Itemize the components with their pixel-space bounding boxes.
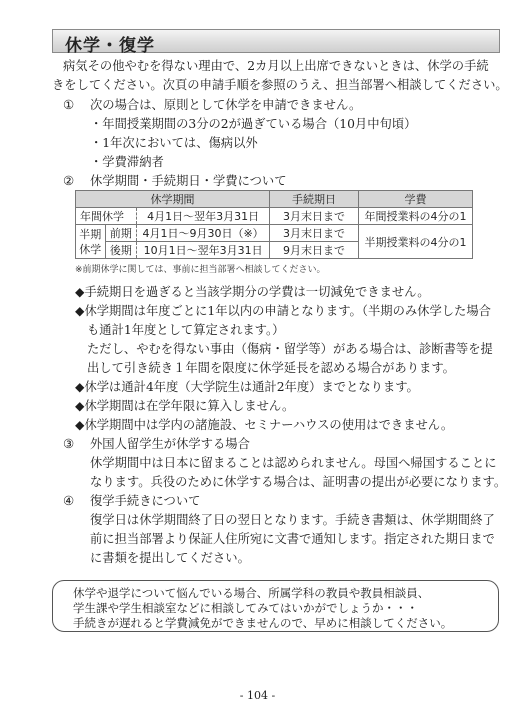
item-3-marker: ③ [63,437,74,452]
cell-fee: 年間授業料の4分の1 [359,208,473,225]
item-4-body-2: 前に担当部署より保証人住所宛に文書で通知します。指定された期日まで [90,532,495,547]
cell-period: 10月1日～翌年3月31日 [137,242,270,259]
table-footnote: ※前期休学に関しては、事前に担当部署へ相談してください。 [75,262,326,275]
item-1-marker: ① [63,98,74,113]
item-1-bullet-1: ・年間授業期間の3分の2が過ぎている場合（10月中旬頃） [90,117,416,132]
item-1-heading: 次の場合は、原則として休学を申請できません。 [90,98,361,113]
note-1: ◆手続期日を過ぎると当該学期分の学費は一切減免できません。 [75,285,430,300]
advice-line-1: 休学や退学について悩んでいる場合、所属学科の教員や教員相談員、 [73,585,429,601]
item-3-body-2: なります。兵役のために休学する場合は、証明書の提出が必要になります。 [90,475,506,490]
cell-deadline: 3月末日まで [270,208,359,225]
item-3-heading: 外国人留学生が休学する場合 [90,437,250,452]
cell-fee: 半期授業料の4分の1 [359,225,473,259]
intro-line-2: きをしてください。次頁の申請手順を参照のうえ、担当部署へ相談してください。 [52,78,508,93]
cell-sub: 後期 [105,242,137,259]
cell-period: 4月1日～9月30日（※） [137,225,270,242]
cell-sub: 前期 [105,225,137,242]
advice-line-3: 手続きが遅れると学費減免ができませんので、早めに相談してください。 [73,615,452,631]
intro-line-1: 病気その他やむを得ない理由で、2カ月以上出席できないときは、休学の手続 [63,59,489,74]
note-2-cont: も通計1年度として算定されます。） [87,323,284,338]
page-number: - 104 - [0,689,515,702]
note-2-extra-2: 出して引き続き１年間を限度に休学延長を認める場合があります。 [87,361,455,376]
header-deadline: 手続期日 [270,191,359,208]
cell-period: 4月1日～翌年3月31日 [137,208,270,225]
cell-type-half: 半期 休学 [76,225,106,259]
item-2-heading: 休学期間・手続期日・学費について [90,174,287,189]
header-fee: 学費 [359,191,473,208]
item-4-body-3: に書類を提出してください。 [90,551,250,566]
advice-box: 休学や退学について悩んでいる場合、所属学科の教員や教員相談員、 学生課や学生相談… [52,580,499,632]
advice-line-2: 学生課や学生相談室などに相談してみてはいかがでしょうか・・・ [73,600,418,616]
cell-type: 年間休学 [76,208,137,225]
cell-type-half-line1: 半期 [79,228,101,241]
note-4: ◆休学期間は在学年限に算入しません。 [75,399,294,414]
section-title: 休学・復学 [65,31,155,56]
item-4-marker: ④ [63,494,74,509]
header-period: 休学期間 [76,191,270,208]
note-5: ◆休学期間中は学内の諸施設、セミナーハウスの使用はできません。 [75,418,453,433]
table-header-row: 休学期間 手続期日 学費 [76,191,473,208]
cell-type-half-line2: 休学 [79,243,101,256]
table-row: 半期 休学 前期 4月1日～9月30日（※） 3月末日まで 半期授業料の4分の1 [76,225,473,242]
section-title-bar: 休学・復学 [52,29,500,53]
item-2-marker: ② [63,174,74,189]
leave-period-table: 休学期間 手続期日 学費 年間休学 4月1日～翌年3月31日 3月末日まで 年間… [75,190,473,259]
note-2: ◆休学期間は年度ごとに1年以内の申請となります。（半期のみ休学した場合 [75,304,491,319]
table-row: 年間休学 4月1日～翌年3月31日 3月末日まで 年間授業料の4分の1 [76,208,473,225]
cell-deadline: 3月末日まで [270,225,359,242]
item-4-heading: 復学手続きについて [90,494,200,509]
item-4-body-1: 復学日は休学期間終了日の翌日となります。手続き書類は、休学期間終了 [90,513,495,528]
note-2-extra-1: ただし、やむを得ない事由（傷病・留学等）がある場合は、診断書等を提 [87,342,493,357]
note-3: ◆休学は通計4年度（大学院生は通計2年度）までとなります。 [75,380,419,395]
item-3-body-1: 休学期間中は日本に留まることは認められません。母国へ帰国することに [90,456,497,471]
item-1-bullet-3: ・学費滞納者 [90,155,164,170]
cell-deadline: 9月末日まで [270,242,359,259]
item-1-bullet-2: ・1年次においては、傷病以外 [90,136,258,151]
